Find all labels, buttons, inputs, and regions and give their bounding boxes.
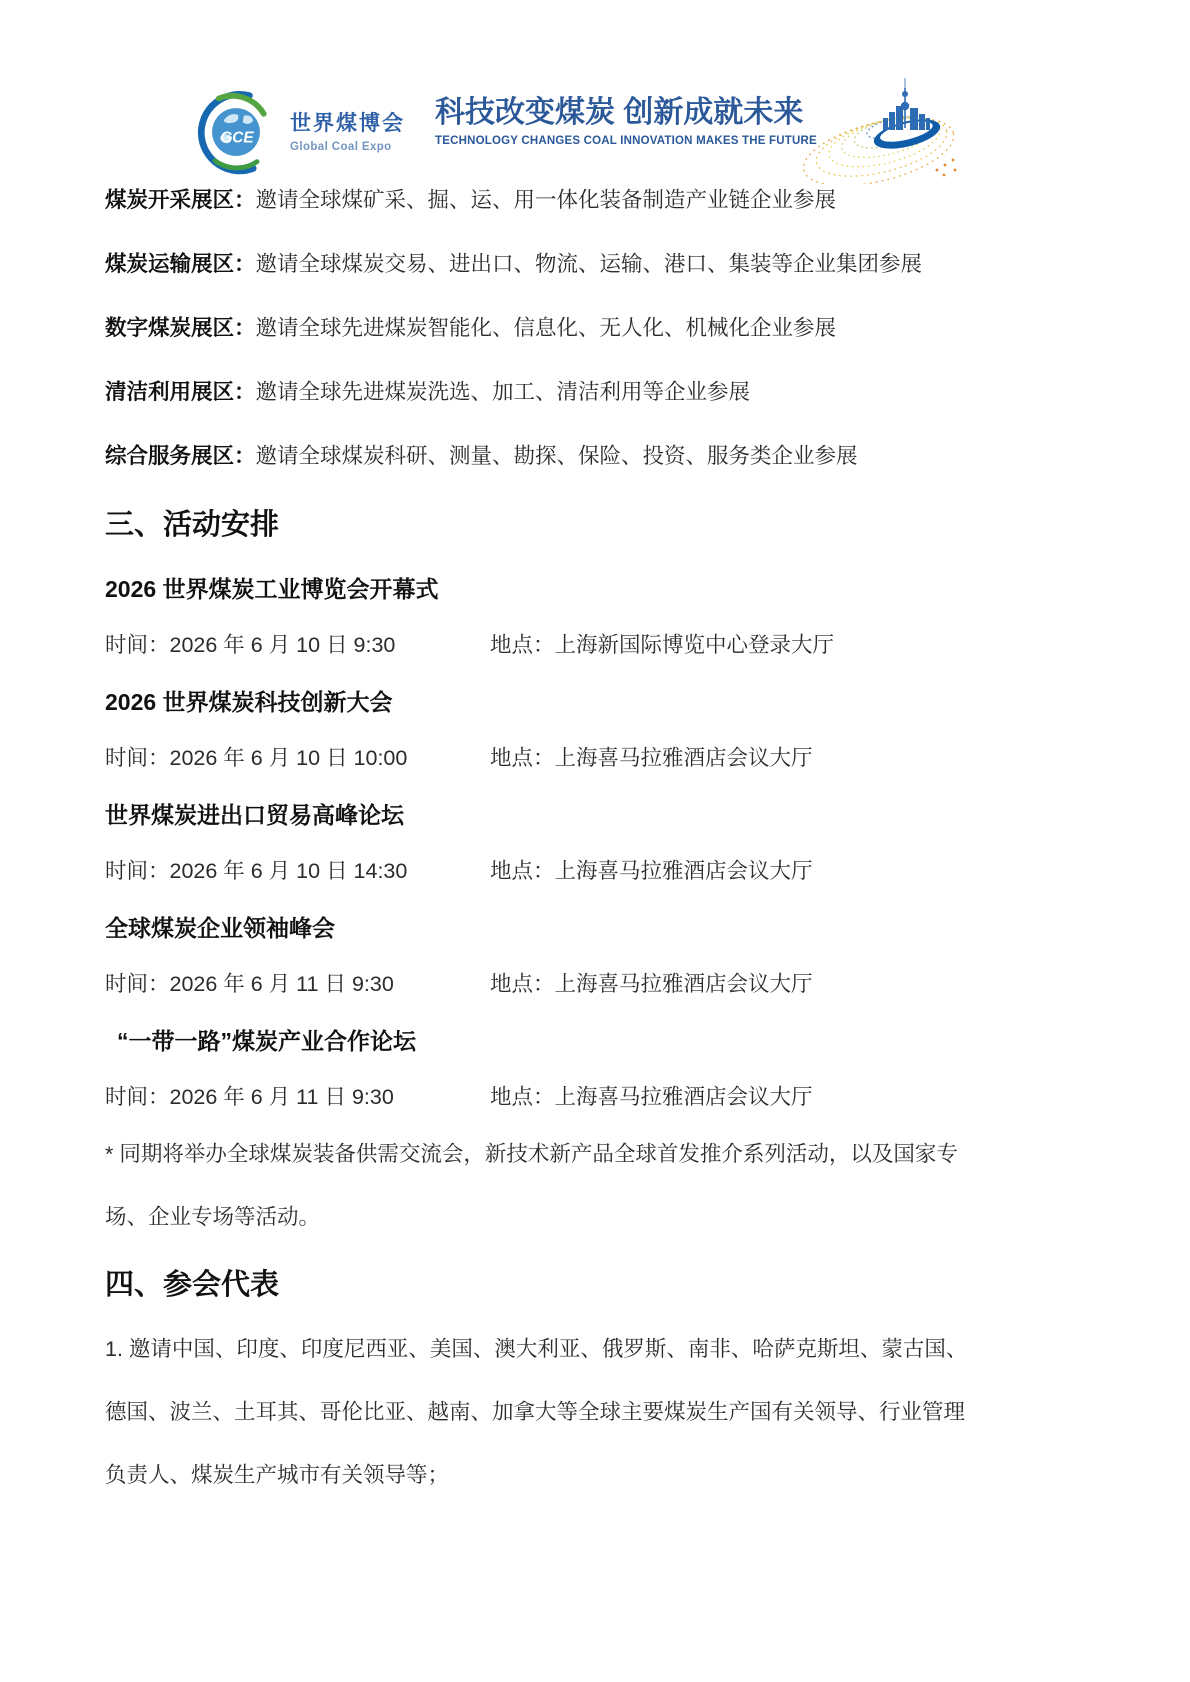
svg-text:GCE: GCE (220, 130, 254, 147)
event-place: 地点：上海喜马拉雅酒店会议大厅 (490, 856, 813, 886)
zone-label: 煤炭运输展区： (105, 252, 256, 276)
zone-desc: 邀请全球煤炭科研、测量、勘探、保险、投资、服务类企业参展 (256, 444, 858, 468)
event-schedule-row: 时间：2026 年 6 月 11 日 9:30 地点：上海喜马拉雅酒店会议大厅 (105, 1082, 1085, 1112)
event-tech-innovation: 2026 世界煤炭科技创新大会 时间：2026 年 6 月 10 日 10:00… (105, 687, 1085, 773)
document-page: GCE 世界煤博会 Global Coal Expo 科技改变煤炭 创新成就未来… (0, 0, 1190, 1682)
event-title: 世界煤炭进出口贸易高峰论坛 (105, 800, 1085, 830)
event-schedule-row: 时间：2026 年 6 月 10 日 14:30 地点：上海喜马拉雅酒店会议大厅 (105, 856, 1085, 886)
gce-logo: GCE 世界煤博会 Global Coal Expo (192, 88, 405, 176)
slogan-cn: 科技改变煤炭 创新成就未来 (435, 96, 787, 130)
event-trade-forum: 世界煤炭进出口贸易高峰论坛 时间：2026 年 6 月 10 日 14:30 地… (105, 800, 1085, 886)
event-title: 2026 世界煤炭工业博览会开幕式 (105, 574, 1085, 604)
event-leaders-summit: 全球煤炭企业领袖峰会 时间：2026 年 6 月 11 日 9:30 地点：上海… (105, 913, 1085, 999)
event-schedule-row: 时间：2026 年 6 月 10 日 9:30 地点：上海新国际博览中心登录大厅 (105, 630, 1085, 660)
zone-label: 清洁利用展区： (105, 380, 256, 404)
zone-line-clean: 清洁利用展区：邀请全球先进煤炭洗选、加工、清洁利用等企业参展 (105, 377, 1085, 407)
section-heading-activities: 三、活动安排 (105, 505, 1085, 545)
zone-line-digital: 数字煤炭展区：邀请全球先进煤炭智能化、信息化、无人化、机械化企业参展 (105, 313, 1085, 343)
delegates-paragraph-line-1: 1. 邀请中国、印度、印度尼西亚、美国、澳大利亚、俄罗斯、南非、哈萨克斯坦、蒙古… (105, 1334, 1085, 1364)
document-body: 煤炭开采展区：邀请全球煤矿采、掘、运、用一体化装备制造产业链企业参展 煤炭运输展… (105, 185, 1085, 1523)
zone-line-transport: 煤炭运输展区：邀请全球煤炭交易、进出口、物流、运输、港口、集装等企业集团参展 (105, 249, 1085, 279)
event-place: 地点：上海喜马拉雅酒店会议大厅 (490, 743, 813, 773)
globe-gce-icon: GCE (192, 88, 280, 176)
event-place: 地点：上海新国际博览中心登录大厅 (490, 630, 834, 660)
event-place: 地点：上海喜马拉雅酒店会议大厅 (490, 969, 813, 999)
gce-logo-name-cn: 世界煤博会 (290, 111, 405, 137)
event-time: 时间：2026 年 6 月 11 日 9:30 (105, 1085, 394, 1109)
event-title: 全球煤炭企业领袖峰会 (105, 913, 1085, 943)
event-belt-road-forum: “一带一路”煤炭产业合作论坛 时间：2026 年 6 月 11 日 9:30 地… (105, 1026, 1085, 1112)
slogan-en: TECHNOLOGY CHANGES COAL INNOVATION MAKES… (435, 135, 787, 147)
activities-note-line-1: * 同期将举办全球煤炭装备供需交流会，新技术新产品全球首发推介系列活动，以及国家… (105, 1139, 1085, 1169)
event-time: 时间：2026 年 6 月 10 日 10:00 (105, 746, 407, 770)
zone-desc: 邀请全球先进煤炭洗选、加工、清洁利用等企业参展 (256, 380, 751, 404)
shanghai-skyline-icon (795, 72, 965, 189)
delegates-paragraph-line-3: 负责人、煤炭生产城市有关领导等； (105, 1460, 1085, 1490)
event-schedule-row: 时间：2026 年 6 月 10 日 10:00 地点：上海喜马拉雅酒店会议大厅 (105, 743, 1085, 773)
event-time: 时间：2026 年 6 月 11 日 9:30 (105, 972, 394, 996)
zone-label: 综合服务展区： (105, 444, 256, 468)
zone-desc: 邀请全球煤矿采、掘、运、用一体化装备制造产业链企业参展 (256, 188, 837, 212)
event-title: “一带一路”煤炭产业合作论坛 (105, 1026, 1085, 1056)
expo-slogan: 科技改变煤炭 创新成就未来 TECHNOLOGY CHANGES COAL IN… (435, 96, 787, 147)
gce-logo-text: 世界煤博会 Global Coal Expo (290, 111, 405, 153)
zone-label: 数字煤炭展区： (105, 316, 256, 340)
event-time: 时间：2026 年 6 月 10 日 14:30 (105, 859, 407, 883)
zone-line-services: 综合服务展区：邀请全球煤炭科研、测量、勘探、保险、投资、服务类企业参展 (105, 441, 1085, 471)
zone-desc: 邀请全球先进煤炭智能化、信息化、无人化、机械化企业参展 (256, 316, 837, 340)
event-title: 2026 世界煤炭科技创新大会 (105, 687, 1085, 717)
section-heading-delegates: 四、参会代表 (105, 1265, 1085, 1305)
gce-logo-name-en: Global Coal Expo (290, 141, 405, 153)
delegates-paragraph-line-2: 德国、波兰、土耳其、哥伦比亚、越南、加拿大等全球主要煤炭生产国有关领导、行业管理 (105, 1397, 1085, 1427)
page-header: GCE 世界煤博会 Global Coal Expo 科技改变煤炭 创新成就未来… (0, 0, 1190, 185)
event-schedule-row: 时间：2026 年 6 月 11 日 9:30 地点：上海喜马拉雅酒店会议大厅 (105, 969, 1085, 999)
event-time: 时间：2026 年 6 月 10 日 9:30 (105, 633, 395, 657)
event-opening-ceremony: 2026 世界煤炭工业博览会开幕式 时间：2026 年 6 月 10 日 9:3… (105, 574, 1085, 660)
event-place: 地点：上海喜马拉雅酒店会议大厅 (490, 1082, 813, 1112)
zone-label: 煤炭开采展区： (105, 188, 256, 212)
activities-note-line-2: 场、企业专场等活动。 (105, 1202, 1085, 1232)
zone-line-mining: 煤炭开采展区：邀请全球煤矿采、掘、运、用一体化装备制造产业链企业参展 (105, 185, 1085, 215)
zone-desc: 邀请全球煤炭交易、进出口、物流、运输、港口、集装等企业集团参展 (256, 252, 923, 276)
